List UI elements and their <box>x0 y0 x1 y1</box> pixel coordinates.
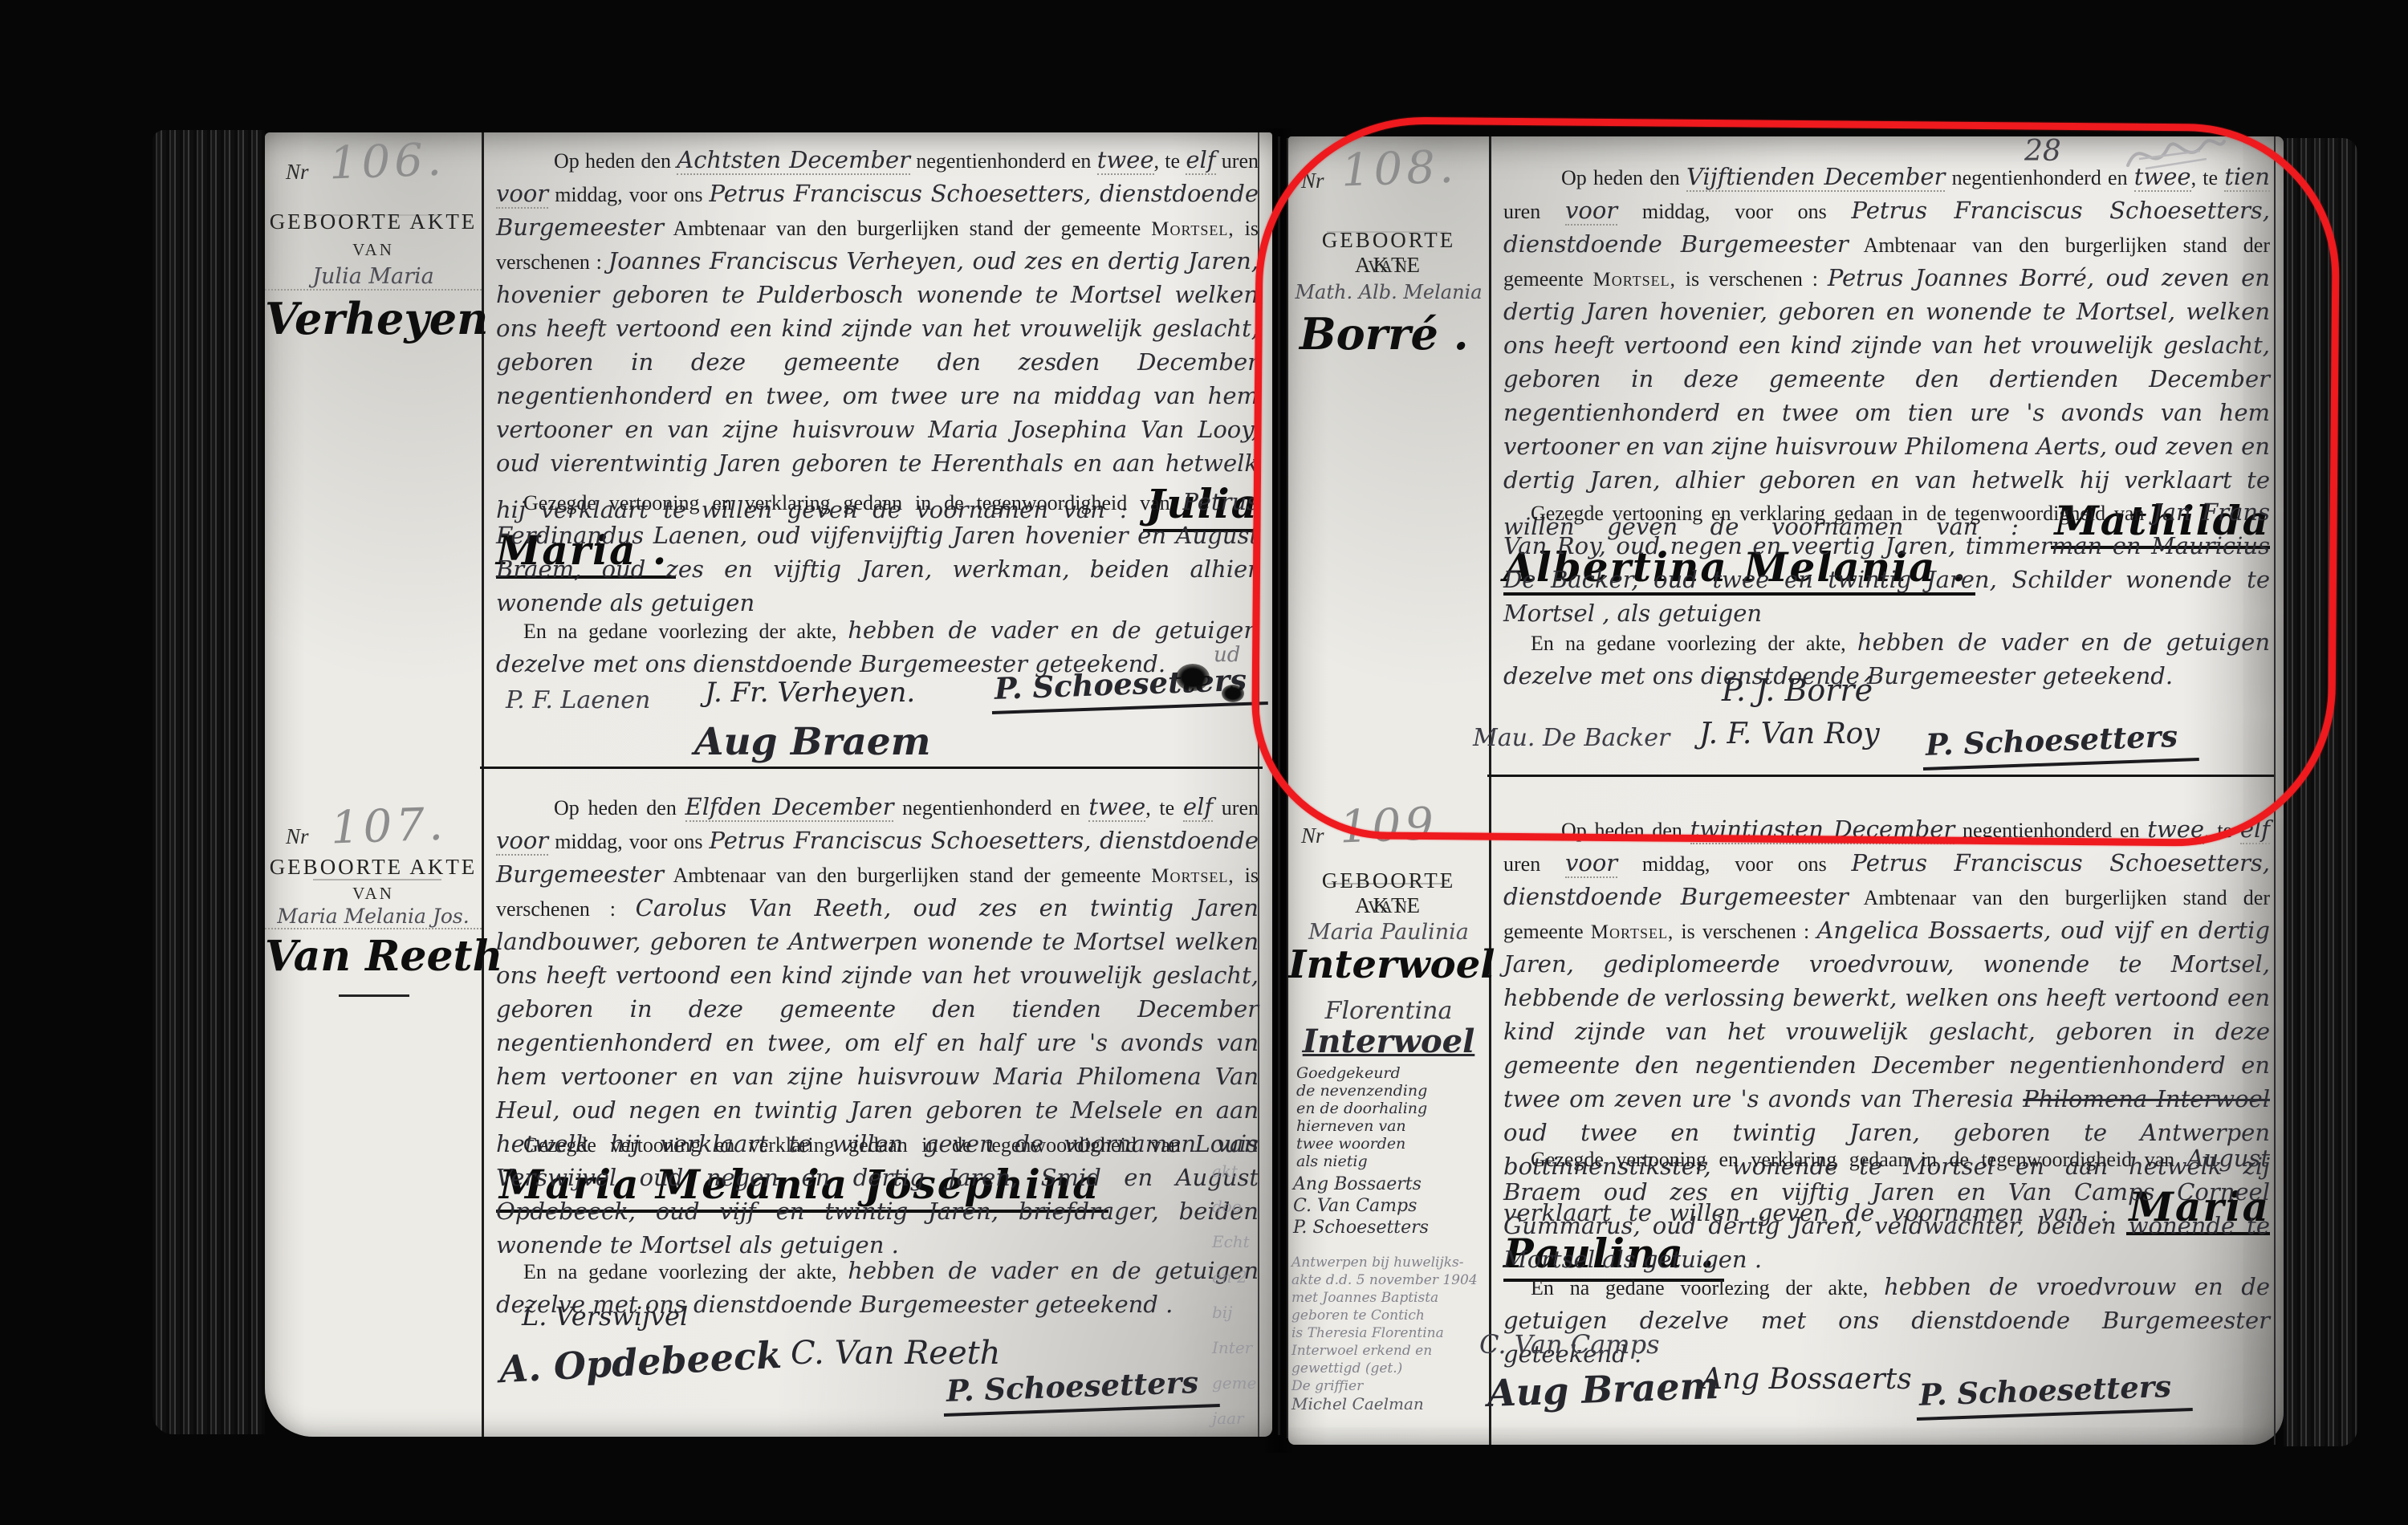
record-106-margin-name: Verheyen <box>265 293 482 344</box>
record-109-margin-name-top: Maria Paulinia <box>1288 920 1489 945</box>
record-107-margin-name: Van Reeth <box>265 932 482 981</box>
left-page: Nr 106. GEBOORTE AKTE VAN Julia Maria Ve… <box>265 132 1272 1437</box>
record-107-signature-verswijvel: L. Verswijvel <box>522 1301 688 1332</box>
record-106-type-label: GEBOORTE AKTE <box>265 209 482 234</box>
record-107-signature-mayor: P. Schoesetters <box>942 1364 1220 1417</box>
record-107-nr-label: Nr <box>286 824 309 849</box>
ink-blot-106 <box>1176 664 1210 691</box>
record-107-number: 107. <box>330 798 448 854</box>
record-109-signature-vancamps: C. Van Camps <box>1479 1329 1660 1360</box>
record-109-witness-text: Gezegde vertooning en verklaring gedaan … <box>1503 1144 2270 1279</box>
record-separator-106-107 <box>480 767 1263 769</box>
record-106-number: 106. <box>328 133 446 189</box>
record-109-signature-braem: Aug Braem <box>1487 1364 1719 1415</box>
ink-blot-margin <box>1222 685 1244 702</box>
edge-fragment-word: ud <box>1214 643 1240 667</box>
record-109-of-label: VAN <box>1288 897 1489 917</box>
record-109-margin-name-alt: Interwoel <box>1288 1023 1489 1060</box>
record-108-red-highlight <box>1251 116 2341 848</box>
record-109-margin-pencil-note: Antwerpen bij huwelijks-akte d.d. 5 nove… <box>1291 1254 1489 1413</box>
record-106-margin-name-top: Julia Maria <box>265 264 482 291</box>
left-page-stack-edges <box>153 130 265 1434</box>
record-106-witness-text: Gezegde vertooning en verklaring gedaan … <box>496 487 1259 622</box>
record-109-margin-name: Interwoel <box>1288 942 1489 987</box>
record-107-signature-vanreeth: C. Van Reeth <box>791 1335 1000 1372</box>
record-109-margin-note-signatures: Ang BossaertsC. Van CampsP. Schoesetters <box>1293 1173 1489 1238</box>
record-106-of-label: VAN <box>265 240 482 260</box>
register-scan: Nr 106. GEBOORTE AKTE VAN Julia Maria Ve… <box>0 0 2408 1525</box>
record-107-witness-text: Gezegde vertooning en verklaring gedaan … <box>496 1129 1259 1264</box>
record-106-signature-braem: Aug Braem <box>694 720 930 764</box>
record-107-margin-name-top: Maria Melania Jos. <box>265 905 482 929</box>
record-106-nr-label: Nr <box>286 160 309 185</box>
record-106-signature-laenen: P. F. Laenen <box>506 686 650 714</box>
edge-fragments: aktdooEchten 2bijIntergemejaar <box>1212 1153 1268 1436</box>
record-107-of-label: VAN <box>265 884 482 904</box>
record-106-signature-verheyen: J. Fr. Verheyen. <box>705 677 915 709</box>
record-109-margin-approval-note: Goedgekeurdde nevenzendingen de doorhali… <box>1296 1064 1487 1170</box>
record-109-signature-mayor: P. Schoesetters <box>1915 1368 2193 1421</box>
record-109-nr-label: Nr <box>1301 823 1324 848</box>
record-107-type-label: GEBOORTE AKTE <box>265 855 482 880</box>
record-109-signature-bossaerts: Ang Bossaerts <box>1702 1363 1912 1396</box>
record-107-signature-opdebeeck: A. Opdebeeck <box>498 1333 783 1391</box>
record-107-margin-rule <box>339 994 409 997</box>
record-109-margin-name-alt-top: Florentina <box>1288 997 1489 1025</box>
